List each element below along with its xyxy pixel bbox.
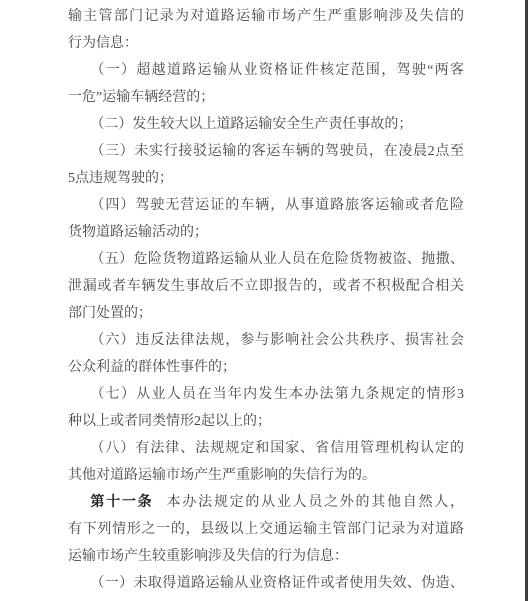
text-line: 种以上或者同类情形2起以上的； — [68, 408, 464, 435]
list-item-line: （三）未实行接驳运输的客运车辆的驾驶员，在凌晨2点至 — [68, 138, 464, 165]
text-line: 输主管部门记录为对道路运输市场产生严重影响涉及失信的 — [68, 3, 464, 30]
article-heading-line: 第十一条本办法规定的从业人员之外的其他自然人， — [68, 489, 464, 516]
text-line: 泄漏或者车辆发生事故后不立即报告的，或者不积极配合相关 — [68, 273, 464, 300]
document-page: 输主管部门记录为对道路运输市场产生严重影响涉及失信的 行为信息： （一）超越道路… — [68, 3, 464, 597]
list-item-line: （二）发生较大以上道路运输安全生产责任事故的； — [68, 111, 464, 138]
text-line: 其他对道路运输市场产生严重影响的失信行为的。 — [68, 462, 464, 489]
list-item-line: （七）从业人员在当年内发生本办法第九条规定的情形3 — [68, 381, 464, 408]
text-line: 运输市场产生较重影响涉及失信的行为信息： — [68, 543, 464, 570]
list-item-line: （四）驾驶无营运证的车辆，从事道路旅客运输或者危险 — [68, 192, 464, 219]
text-line: 行为信息： — [68, 30, 464, 57]
text-line: 公众利益的群体性事件的； — [68, 354, 464, 381]
list-item-line: （一）超越道路运输从业资格证件核定范围，驾驶“两客 — [68, 57, 464, 84]
text-line: 有下列情形之一的，县级以上交通运输主管部门记录为对道路 — [68, 516, 464, 543]
list-item-line: （一）未取得道路运输从业资格证件或者使用失效、伪造、 — [68, 570, 464, 597]
text-line: 一危”运输车辆经营的； — [68, 84, 464, 111]
list-item-line: （六）违反法律法规，参与影响社会公共秩序、损害社会 — [68, 327, 464, 354]
text-line: 5点违规驾驶的； — [68, 165, 464, 192]
text-line: 货物道路运输活动的； — [68, 219, 464, 246]
article-number: 第十一条 — [90, 495, 153, 510]
list-item-line: （八）有法律、法规规定和国家、省信用管理机构认定的 — [68, 435, 464, 462]
article-text: 本办法规定的从业人员之外的其他自然人， — [167, 495, 464, 510]
text-line: 部门处置的； — [68, 300, 464, 327]
list-item-line: （五）危险货物道路运输从业人员在危险货物被盗、抛撒、 — [68, 246, 464, 273]
window-edge-line — [525, 0, 528, 601]
